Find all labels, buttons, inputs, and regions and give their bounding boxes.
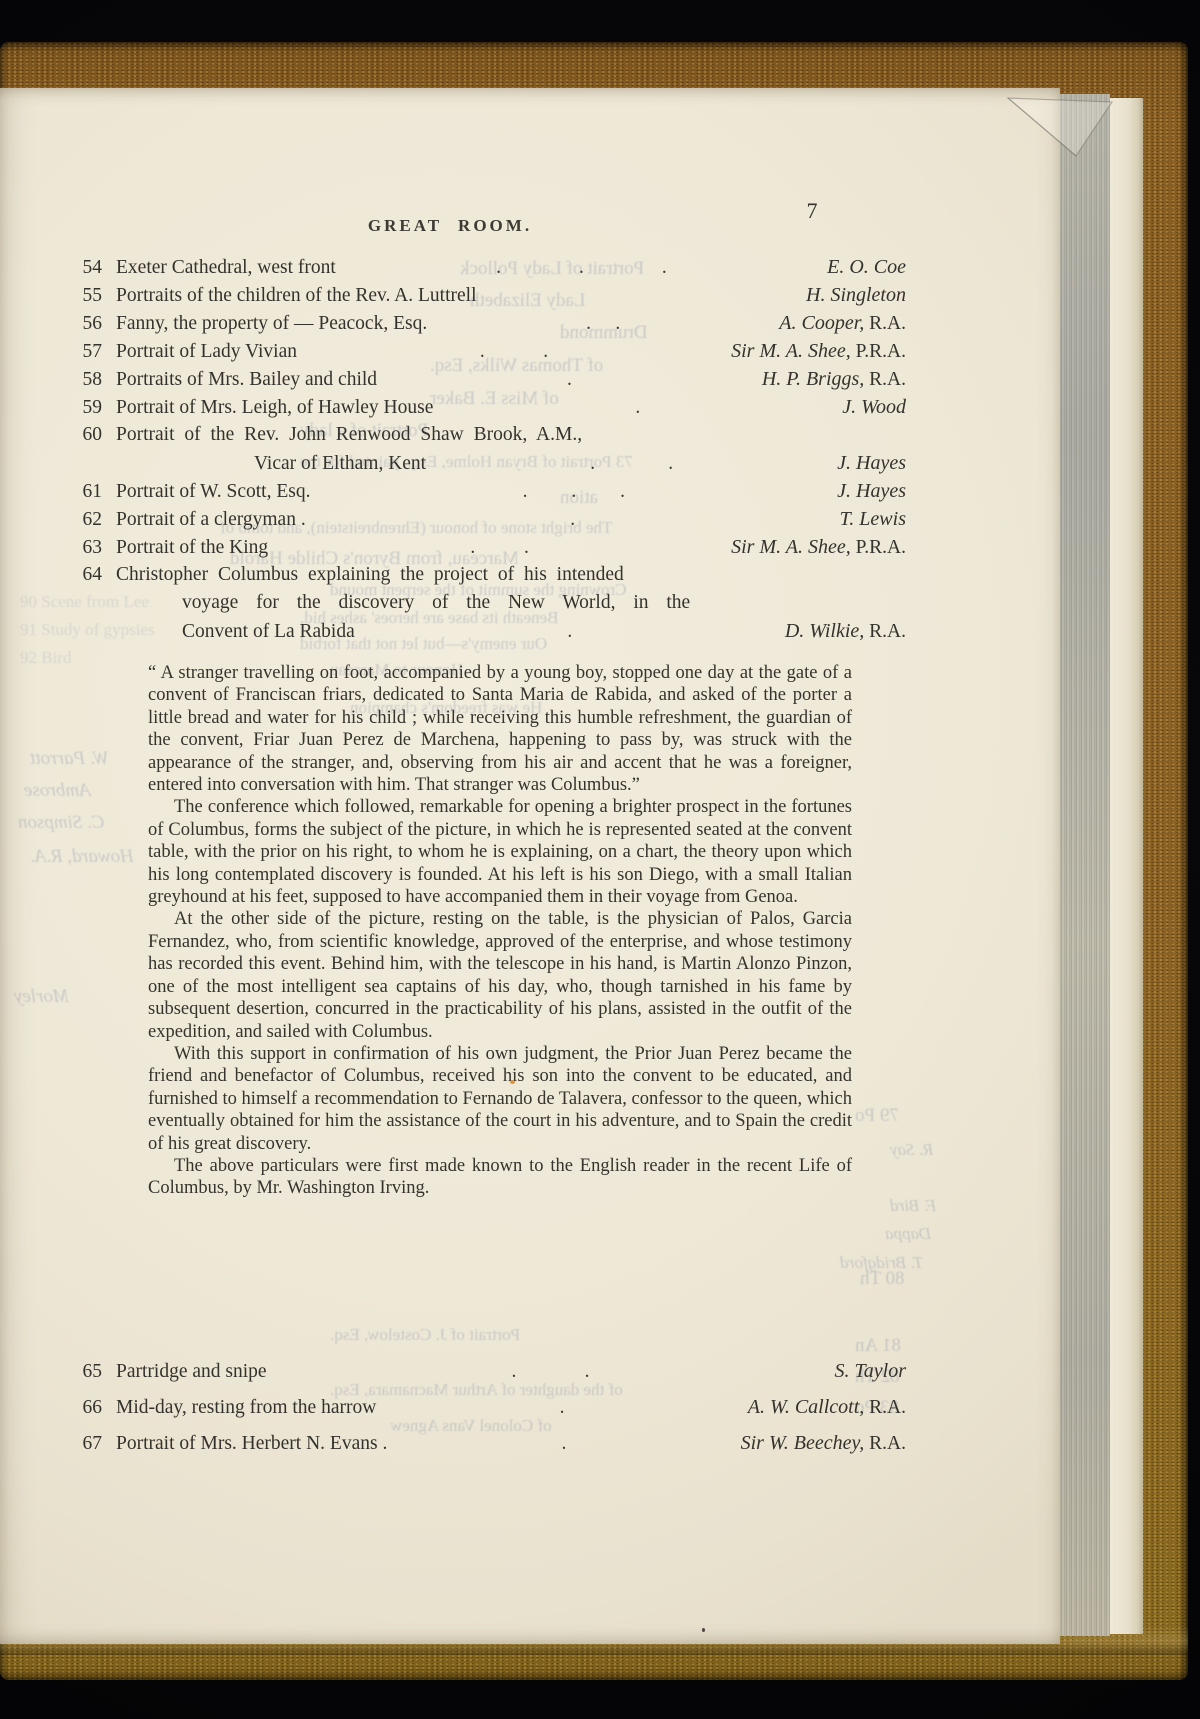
catalog-list-top: 54Exeter Cathedral, west front. . .E. O.… [68, 256, 906, 648]
catalog-row: 62Portrait of a clergyman ..T. Lewis [68, 508, 906, 536]
catalog-row-continuation: Convent of La Rabida.D. Wilkie, R.A. [68, 620, 906, 648]
entry-number: 58 [68, 369, 102, 391]
entry-artist: A. W. Callcott, R.A. [748, 1396, 906, 1419]
entry-title: Portrait of Lady Vivian [116, 341, 297, 363]
entry-number: 65 [68, 1361, 102, 1383]
catalog-row: 59Portrait of Mrs. Leigh, of Hawley Hous… [68, 396, 906, 424]
entry-artist: S. Taylor [834, 1360, 906, 1383]
leader-dots: . . . [310, 481, 837, 503]
entry-number: 63 [68, 537, 102, 559]
entry-title: Portraits of the children of the Rev. A.… [116, 285, 476, 307]
note-paragraph: “ A stranger travelling on foot, accompa… [148, 662, 852, 796]
leader-dots: . [433, 397, 842, 419]
entry-number: 61 [68, 481, 102, 503]
leader-dots: . . [267, 1361, 835, 1383]
entry-artist: Sir M. A. Shee, P.R.A. [731, 340, 906, 363]
entry-title: Portrait of Mrs. Leigh, of Hawley House [116, 397, 433, 419]
ghost-text: F. Bird [890, 1196, 936, 1216]
entry-title: Partridge and snipe [116, 1361, 267, 1383]
ghost-text: Howard, R.A. [30, 846, 134, 868]
entry-title: Portrait of the King [116, 537, 268, 559]
entry-artist: Sir M. A. Shee, P.R.A. [731, 536, 906, 559]
entry-title: Portrait of W. Scott, Esq. [116, 481, 310, 503]
entry-artist: T. Lewis [840, 508, 906, 531]
entry-number: 64 [68, 564, 102, 586]
note-paragraph: The conference which followed, remarkabl… [148, 796, 852, 908]
catalog-row: 60Portrait of the Rev. John Renwood Shaw… [68, 424, 906, 452]
catalog-row: 66Mid-day, resting from the harrow.A. W.… [68, 1396, 906, 1432]
leader-dots: . . . [336, 257, 827, 279]
ghost-text: 92 Bird [20, 648, 71, 668]
note-paragraph: With this support in confirmation of his… [148, 1043, 852, 1155]
entry-number: 54 [68, 257, 102, 279]
page-number: 7 [790, 198, 834, 224]
catalog-row: 65Partridge and snipe. .S. Taylor [68, 1360, 906, 1396]
entry-title: Portrait of a clergyman . [116, 509, 306, 531]
scanned-book-photo: GREAT ROOM. 7 Portrait of Lady Pollock L… [0, 0, 1200, 1719]
ghost-text: T. Bridgford [840, 1253, 923, 1273]
catalog-row: 67Portrait of Mrs. Herbert N. Evans ..Si… [68, 1432, 906, 1468]
entry-title: Convent of La Rabida [182, 621, 355, 643]
entry-artist: A. Cooper, R.A. [779, 312, 906, 335]
entry-number: 56 [68, 313, 102, 335]
entry-title: voyage for the discovery of the New Worl… [182, 592, 690, 614]
catalog-row: 63Portrait of the King. .Sir M. A. Shee,… [68, 536, 906, 564]
entry-artist: Sir W. Beechey, R.A. [741, 1432, 906, 1455]
ghost-text: 79 Po [855, 1105, 899, 1127]
ghost-text: W. Parrott [30, 748, 109, 770]
entry-number: 59 [68, 397, 102, 419]
entry-number: 66 [68, 1397, 102, 1419]
entry-artist: E. O. Coe [827, 256, 906, 279]
catalog-row: 61Portrait of W. Scott, Esq.. . .J. Haye… [68, 480, 906, 508]
leader-dots: . . [426, 453, 837, 475]
entry-number: 60 [68, 424, 102, 446]
ghost-text: R. Say [890, 1140, 933, 1160]
entry-artist: H. Singleton [806, 284, 906, 307]
entry-artist: H. P. Briggs, R.A. [762, 368, 906, 391]
note-paragraph: The above particulars were first made kn… [148, 1155, 852, 1200]
note-paragraph: At the other side of the picture, restin… [148, 908, 852, 1042]
entry-title: Portrait of Mrs. Herbert N. Evans . [116, 1433, 387, 1455]
catalog-row: 58Portraits of Mrs. Bailey and child.H. … [68, 368, 906, 396]
page-corner-fold [1000, 88, 1120, 168]
leader-dots: . . [427, 313, 779, 335]
entry-number: 55 [68, 285, 102, 307]
entry-number: 62 [68, 509, 102, 531]
entry-artist: D. Wilkie, R.A. [785, 620, 906, 643]
book-page: GREAT ROOM. 7 Portrait of Lady Pollock L… [0, 88, 1060, 1644]
book-fore-edge [1060, 94, 1110, 1636]
entry-title: Christopher Columbus explaining the proj… [116, 564, 624, 586]
entry-title: Fanny, the property of — Peacock, Esq. [116, 313, 427, 335]
entry-title: Portraits of Mrs. Bailey and child [116, 369, 377, 391]
entry-number: 57 [68, 341, 102, 363]
paper-fleck [702, 1628, 705, 1632]
entry-title: Mid-day, resting from the harrow [116, 1397, 376, 1419]
ghost-text: Morley [14, 986, 69, 1008]
entry-title: Exeter Cathedral, west front [116, 257, 336, 279]
catalog-list-bottom: 65Partridge and snipe. .S. Taylor 66Mid-… [68, 1360, 906, 1468]
ghost-text: C. Simpson [18, 812, 105, 834]
note-text-block: “ A stranger travelling on foot, accompa… [148, 662, 852, 1200]
catalog-row: 54Exeter Cathedral, west front. . .E. O.… [68, 256, 906, 284]
entry-title: Portrait of the Rev. John Renwood Shaw B… [116, 424, 582, 446]
section-header: GREAT ROOM. [0, 216, 900, 236]
entry-artist: J. Hayes [837, 480, 906, 503]
leader-dots: . [387, 1433, 740, 1455]
ghost-text: Ambrose [24, 780, 91, 802]
entry-number: 67 [68, 1433, 102, 1455]
leader-dots: . [376, 1397, 748, 1419]
catalog-row-continuation: voyage for the discovery of the New Worl… [68, 592, 906, 620]
ghost-text: 81 An [855, 1335, 901, 1357]
catalog-row: 57Portrait of Lady Vivian. .Sir M. A. Sh… [68, 340, 906, 368]
paper-stain-speck [510, 1080, 515, 1084]
leader-dots: . . [268, 537, 731, 559]
leader-dots: . [355, 621, 785, 643]
catalog-row: 55Portraits of the children of the Rev. … [68, 284, 906, 312]
leader-dots: . [306, 509, 840, 531]
catalog-row-continuation: Vicar of Eltham, Kent. .J. Hayes [68, 452, 906, 480]
leader-dots: . . [297, 341, 731, 363]
leader-dots: . [377, 369, 762, 391]
ghost-text: Dappa [885, 1224, 931, 1244]
entry-title: Vicar of Eltham, Kent [254, 453, 426, 475]
catalog-row: 56Fanny, the property of — Peacock, Esq.… [68, 312, 906, 340]
ghost-text: Portrait of J. Costelow, Esq. [330, 1325, 520, 1345]
page-stack-edge [1110, 98, 1143, 1634]
entry-artist: J. Wood [842, 396, 906, 419]
catalog-row: 64Christopher Columbus explaining the pr… [68, 564, 906, 592]
entry-artist: J. Hayes [837, 452, 906, 475]
